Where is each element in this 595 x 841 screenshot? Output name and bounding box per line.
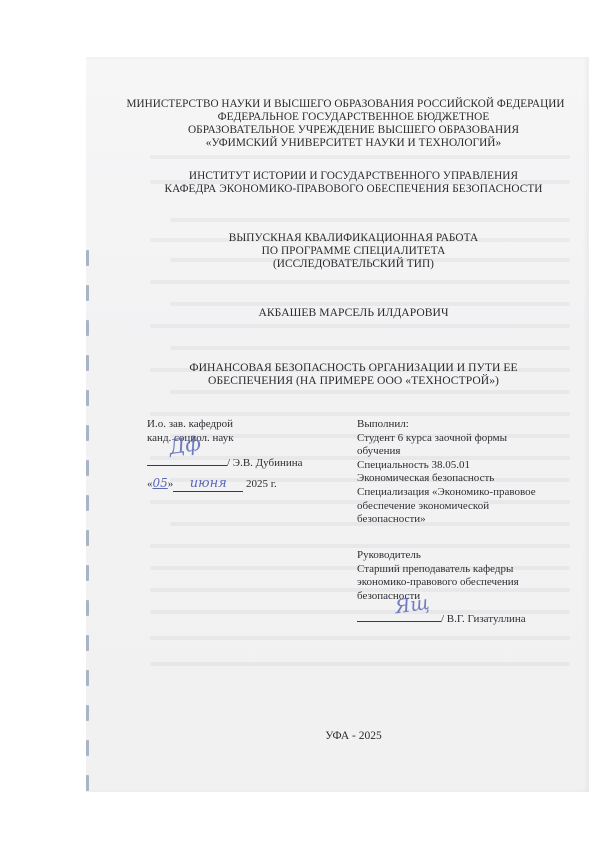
date-year: 2025 г.	[246, 478, 277, 490]
signature-line	[147, 465, 227, 466]
supervisor-block: Руководитель Старший преподаватель кафед…	[357, 549, 587, 627]
thesis-title-line: ОБЕСПЕЧЕНИЯ (НА ПРИМЕРЕ ООО «ТЕХНОСТРОЙ»…	[118, 374, 589, 387]
supervisor-signer: / В.Г. Гизатуллина	[441, 613, 526, 625]
specialization-text: обеспечение	[357, 500, 416, 512]
department-name: КАФЕДРА ЭКОНОМИКО-ПРАВОВОГО ОБЕСПЕЧЕНИЯ …	[118, 183, 589, 196]
supervisor-department-end: безопасности	[357, 590, 587, 604]
author-name: АКБАШЕВ МАРСЕЛЬ ИЛДАРОВИЧ	[118, 306, 589, 319]
work-type-line: (ИССЛЕДОВАТЕЛЬСКИЙ ТИП)	[118, 258, 589, 271]
signature-line	[357, 621, 441, 622]
performer-study-form: обучения	[357, 445, 587, 459]
supervisor-signature-row: / В.Г. Гизатуллина Ящ	[357, 613, 587, 627]
work-type: ВЫПУСКНАЯ КВАЛИФИКАЦИОННАЯ РАБОТА ПО ПРО…	[86, 232, 589, 271]
specialization-label: Специализация	[357, 486, 429, 498]
performer-specialty-name: Экономическая безопасность	[357, 472, 587, 486]
performer-specialization: Специализация «Экономико-правовое	[357, 486, 585, 500]
performer-heading: Выполнил:	[357, 418, 587, 432]
supervisor-department: экономико-правового обеспечения	[357, 576, 587, 590]
thesis-title: ФИНАНСОВАЯ БЕЗОПАСНОСТЬ ОРГАНИЗАЦИИ И ПУ…	[86, 361, 589, 387]
approval-signature-row: / Э.В. Дубинина Дф	[147, 457, 347, 471]
work-type-line: ВЫПУСКНАЯ КВАЛИФИКАЦИОННАЯ РАБОТА	[118, 232, 589, 245]
thesis-title-line: ФИНАНСОВАЯ БЕЗОПАСНОСТЬ ОРГАНИЗАЦИИ И ПУ…	[118, 361, 589, 374]
approval-date: «05»июня 2025 г.	[147, 477, 347, 493]
performer-specialization-cont: обеспечение экономической	[357, 500, 585, 514]
approval-signature: Дф	[168, 437, 202, 455]
specialization-text: экономической	[418, 500, 489, 512]
approval-signer: / Э.В. Дубинина	[227, 457, 303, 469]
specialization-value: «Экономико-правовое	[432, 486, 536, 498]
footer: УФА - 2025	[86, 730, 589, 742]
ministry-line: ОБРАЗОВАТЕЛЬНОЕ УЧРЕЖДЕНИЕ ВЫСШЕГО ОБРАЗ…	[118, 124, 589, 137]
supervisor-signature: Ящ	[394, 597, 430, 615]
specialization-end: безопасности»	[357, 513, 587, 527]
binding-marks	[86, 250, 90, 795]
work-type-line: ПО ПРОГРАММЕ СПЕЦИАЛИТЕТА	[118, 245, 589, 258]
university-name: «УФИМСКИЙ УНИВЕРСИТЕТ НАУКИ И ТЕХНОЛОГИЙ…	[118, 137, 589, 150]
ministry-line: МИНИСТЕРСТВО НАУКИ И ВЫСШЕГО ОБРАЗОВАНИЯ…	[102, 98, 589, 111]
ministry-header: МИНИСТЕРСТВО НАУКИ И ВЫСШЕГО ОБРАЗОВАНИЯ…	[86, 98, 589, 150]
performer-student: Студент 6 курса заочной формы	[357, 432, 587, 446]
approval-block: И.о. зав. кафедрой канд. социол. наук / …	[147, 418, 347, 492]
ministry-line: ФЕДЕРАЛЬНОЕ ГОСУДАРСТВЕННОЕ БЮДЖЕТНОЕ	[118, 111, 589, 124]
institute-name: ИНСТИТУТ ИСТОРИИ И ГОСУДАРСТВЕННОГО УПРА…	[118, 170, 589, 183]
performer-block: Выполнил: Студент 6 курса заочной формы …	[357, 418, 587, 527]
approval-position: И.о. зав. кафедрой	[147, 418, 347, 432]
performer-specialty: Специальность 38.05.01	[357, 459, 587, 473]
institute-header: ИНСТИТУТ ИСТОРИИ И ГОСУДАРСТВЕННОГО УПРА…	[86, 170, 589, 196]
author-block: АКБАШЕВ МАРСЕЛЬ ИЛДАРОВИЧ	[86, 306, 589, 319]
supervisor-position: Старший преподаватель кафедры	[357, 563, 587, 577]
supervisor-heading: Руководитель	[357, 549, 587, 563]
city-year: УФА - 2025	[325, 730, 382, 742]
date-day: 05	[153, 476, 168, 490]
date-month: июня	[190, 476, 227, 491]
